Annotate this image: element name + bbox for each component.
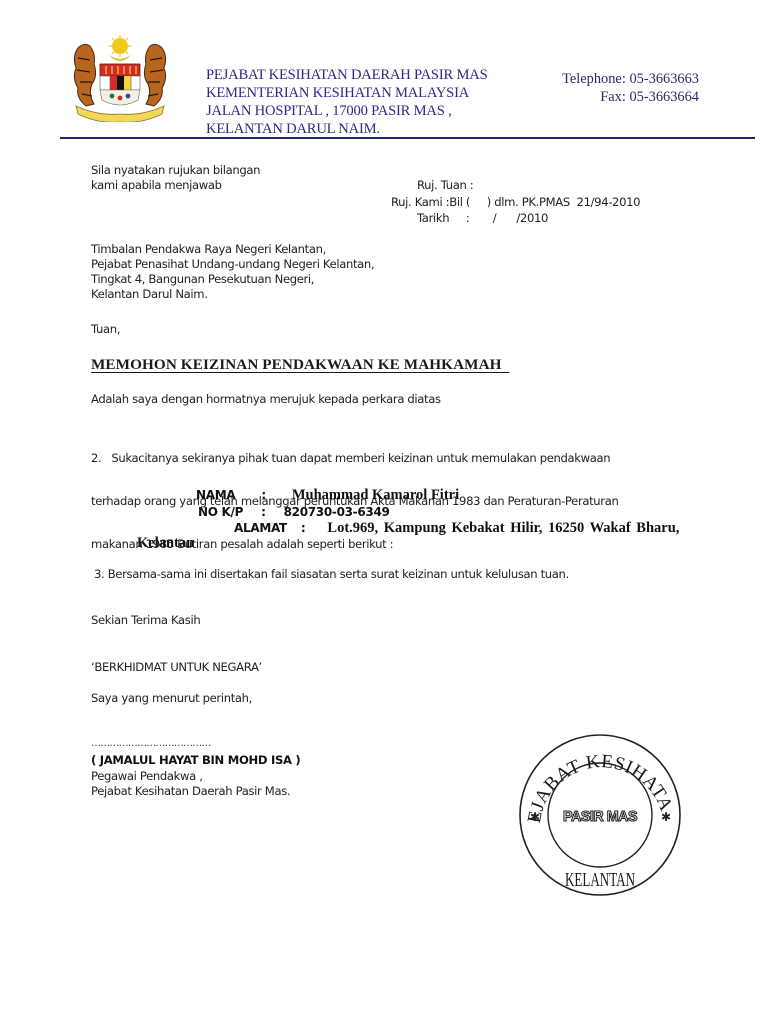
paragraph-2-line-1: 2. Sukacitanya sekiranya pihak tuan dapa… — [91, 451, 618, 466]
paragraph-1: Adalah saya dengan hormatnya merujuk kep… — [91, 392, 441, 406]
reference-note-line-2: kami apabila menjawab — [91, 178, 260, 193]
telephone-row: Telephone: 05-3663663 — [562, 71, 699, 89]
ruj-tuan: Ruj. Tuan : — [417, 178, 473, 192]
organization-address: PEJABAT KESIHATAN DAERAH PASIR MAS KEMEN… — [206, 66, 488, 138]
recipient-line-4: Kelantan Darul Naim. — [91, 287, 374, 302]
subject-text: MEMOHON KEIZINAN PENDAKWAAN KE MAHKAMAH — [91, 356, 502, 373]
tarikh: Tarikh : / /2010 — [417, 211, 548, 225]
telephone-label: Telephone: — [562, 71, 626, 87]
contact-info: Telephone: 05-3663663 Fax: 05-3663664 — [562, 71, 699, 106]
name-label: NAMA — [196, 488, 235, 502]
offender-ic-number: 820730-03-6349 — [284, 505, 390, 519]
ruj-kami: Ruj. Kami :Bil ( ) dlm. PK.PMAS 21/94-20… — [391, 195, 640, 209]
paragraph-3: 3. Bersama-sama ini disertakan fail sias… — [94, 567, 569, 581]
offender-address-row: ALAMAT : Lot.969, Kampung Kebakat Hilir,… — [234, 519, 679, 537]
closing-motto: ‘BERKHIDMAT UNTUK NEGARA’ — [91, 660, 262, 674]
subject-heading: MEMOHON KEIZINAN PENDAKWAAN KE MAHKAMAH — [91, 356, 509, 374]
official-stamp: PEJABAT KESIHATAN ✱ ✱ PASIR MAS KELANTAN — [516, 731, 684, 899]
offender-name: Muhammad Kamarol Fitri — [292, 487, 459, 503]
offender-address-line-1: Lot.969, Kampung Kebakat Hilir, 16250 Wa… — [327, 520, 679, 536]
offender-name-row: NAMA : Muhammad Kamarol Fitri — [196, 486, 459, 504]
stamp-star-left-icon: ✱ — [530, 810, 540, 824]
signature-line: ………………………………… — [91, 738, 211, 749]
telephone-number: 05-3663663 — [629, 71, 699, 87]
closing-yours: Saya yang menurut perintah, — [91, 691, 252, 705]
coat-of-arms-icon — [68, 34, 172, 122]
recipient-line-1: Timbalan Pendakwa Raya Negeri Kelantan, — [91, 242, 374, 257]
org-line-2: KEMENTERIAN KESIHATAN MALAYSIA — [206, 84, 488, 102]
reference-note-line-1: Sila nyatakan rujukan bilangan — [91, 163, 260, 178]
stamp-bottom-text: KELANTAN — [565, 869, 635, 891]
letterhead-divider — [60, 137, 755, 139]
org-line-4: KELANTAN DARUL NAIM. — [206, 120, 488, 138]
signatory-name: ( JAMALUL HAYAT BIN MOHD ISA ) — [91, 753, 300, 767]
fax-label: Fax: — [600, 89, 626, 105]
recipient-address: Timbalan Pendakwa Raya Negeri Kelantan, … — [91, 242, 374, 302]
signatory-position: Pegawai Pendakwa , — [91, 769, 203, 783]
salutation: Tuan, — [91, 322, 120, 336]
signatory-office: Pejabat Kesihatan Daerah Pasir Mas. — [91, 784, 290, 798]
closing-thanks: Sekian Terima Kasih — [91, 613, 200, 627]
org-line-1: PEJABAT KESIHATAN DAERAH PASIR MAS — [206, 66, 488, 84]
stamp-star-right-icon: ✱ — [661, 810, 671, 824]
reference-note: Sila nyatakan rujukan bilangan kami apab… — [91, 163, 260, 193]
name-separator: : — [261, 488, 266, 502]
recipient-line-2: Pejabat Penasihat Undang-undang Negeri K… — [91, 257, 374, 272]
address-label: ALAMAT — [234, 521, 287, 535]
offender-address-line-2: Kelantan — [137, 535, 194, 552]
ic-separator: : — [261, 505, 266, 519]
address-separator: : — [301, 521, 306, 535]
ic-label: NO K/P — [198, 505, 243, 519]
org-line-3: JALAN HOSPITAL , 17000 PASIR MAS , — [206, 102, 488, 120]
recipient-line-3: Tingkat 4, Bangunan Pesekutuan Negeri, — [91, 272, 374, 287]
stamp-center-text: PASIR MAS — [563, 808, 637, 825]
fax-row: Fax: 05-3663664 — [562, 89, 699, 107]
fax-number: 05-3663664 — [629, 89, 699, 105]
